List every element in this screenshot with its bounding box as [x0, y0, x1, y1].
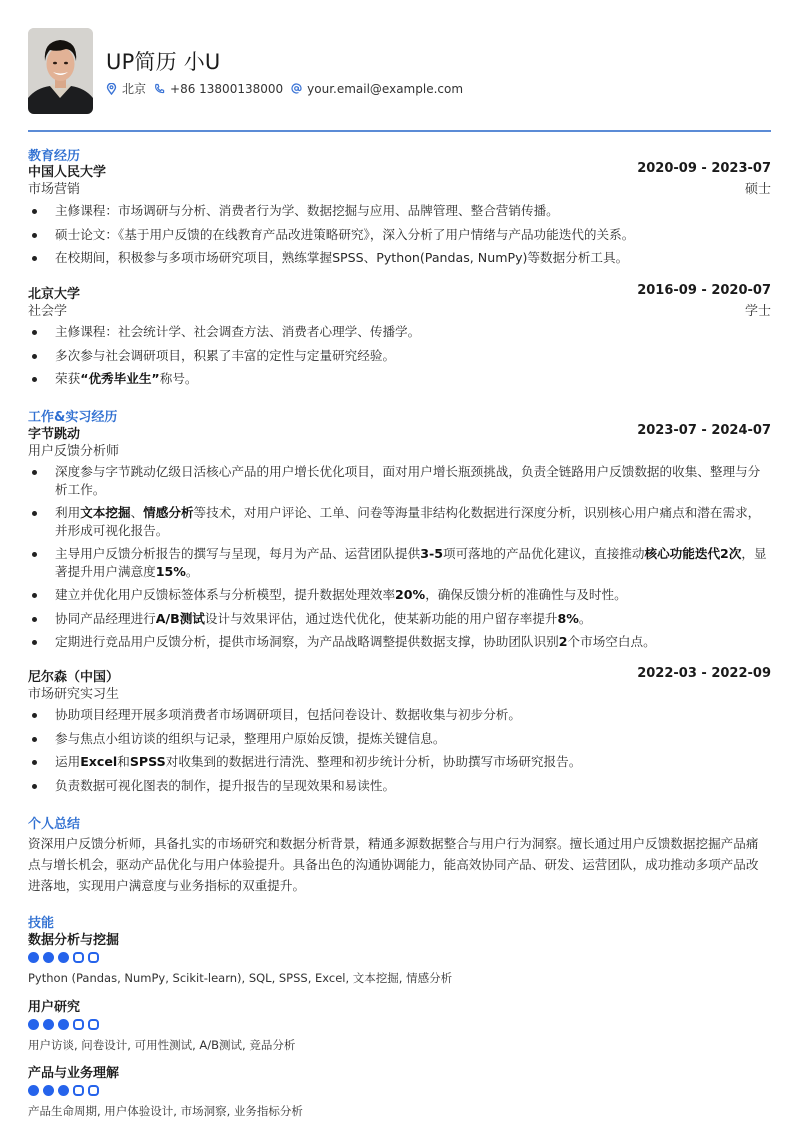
text-run: ，确保反馈分析的准确性与及时性。	[425, 587, 627, 602]
text-run: 和	[117, 754, 130, 769]
highlight-text: 文本挖掘	[80, 505, 130, 520]
highlight-text: 15%	[156, 564, 186, 579]
text-run: 协助项目经理开展多项消费者市场调研项目，包括问卷设计、数据收集与初步分析。	[55, 707, 521, 722]
list-item: 建立并优化用户反馈标签体系与分析模型，提升数据处理效率20%，确保反馈分析的准确…	[28, 586, 771, 604]
text-run: 负责数据可视化图表的制作，提升报告的呈现效果和易读性。	[55, 778, 395, 793]
list-item: 利用文本挖掘、情感分析等技术，对用户评论、工单、问卷等海量非结构化数据进行深度分…	[28, 504, 771, 539]
filled-dot-icon	[58, 952, 69, 963]
filled-dot-icon	[43, 1019, 54, 1030]
contact-phone[interactable]: +86 13800138000	[154, 82, 283, 96]
at-sign-icon	[291, 83, 302, 94]
text-run: 协同产品经理进行	[55, 611, 156, 626]
highlight-text: Excel	[80, 754, 117, 769]
award-suffix: 称号。	[160, 371, 198, 386]
location-pin-icon	[106, 83, 117, 95]
skill-level-dots	[28, 1019, 103, 1030]
highlight-text: 8%	[558, 611, 579, 626]
skill-description: 用户访谈, 问卷设计, 可用性测试, A/B测试, 竞品分析	[28, 1037, 295, 1053]
skill-name: 数据分析与挖掘	[28, 929, 119, 948]
highlight-text: 情感分析	[143, 505, 193, 520]
work-bullets: 协助项目经理开展多项消费者市场调研项目，包括问卷设计、数据收集与初步分析。参与焦…	[28, 706, 771, 800]
skill-description: 产品生命周期, 用户体验设计, 市场洞察, 业务指标分析	[28, 1103, 303, 1119]
highlight-text: A/B测试	[156, 611, 205, 626]
list-item: 主导用户反馈分析报告的撰写与呈现，每月为产品、运营团队提供3-5项可落地的产品优…	[28, 545, 771, 580]
text-run: 项可落地的产品优化建议，直接推动	[443, 546, 645, 561]
summary-text: 资深用户反馈分析师，具备扎实的市场研究和数据分析背景，精通多源数据整合与用户行为…	[28, 833, 768, 896]
work-bullets: 深度参与字节跳动亿级日活核心产品的用户增长优化项目，面对用户增长瓶颈挑战，负责全…	[28, 463, 771, 657]
work-role: 市场研究实习生	[28, 683, 771, 701]
education-entry-sub: 社会学 学士	[28, 300, 771, 318]
filled-dot-icon	[28, 1019, 39, 1030]
skill-description: Python (Pandas, NumPy, Scikit-learn), SQ…	[28, 970, 452, 986]
list-item: 协助项目经理开展多项消费者市场调研项目，包括问卷设计、数据收集与初步分析。	[28, 706, 771, 724]
empty-dot-icon	[88, 1019, 99, 1030]
education-bullets: 主修课程：社会统计学、社会调查方法、消费者心理学、传播学。 多次参与社会调研项目…	[28, 323, 771, 394]
contact-email[interactable]: your.email@example.com	[291, 82, 463, 96]
empty-dot-icon	[73, 1085, 84, 1096]
skill-level-dots	[28, 1085, 103, 1096]
text-run: 。	[579, 611, 592, 626]
list-item: 深度参与字节跳动亿级日活核心产品的用户增长优化项目，面对用户增长瓶颈挑战，负责全…	[28, 463, 771, 498]
text-run: 对收集到的数据进行清洗、整理和初步统计分析，协助撰写市场研究报告。	[166, 754, 582, 769]
list-item: 运用Excel和SPSS对收集到的数据进行清洗、整理和初步统计分析，协助撰写市场…	[28, 753, 771, 771]
education-period: 2020-09 - 2023-07	[637, 161, 771, 176]
empty-dot-icon	[73, 1019, 84, 1030]
work-period: 2022-03 - 2022-09	[637, 666, 771, 681]
contact-info: 北京 +86 13800138000 your.email@example.co…	[106, 80, 471, 97]
text-run: 个市场空白点。	[568, 634, 656, 649]
text-run: 主导用户反馈分析报告的撰写与呈现，每月为产品、运营团队提供	[55, 546, 420, 561]
text-run: 运用	[55, 754, 80, 769]
list-item: 荣获“优秀毕业生”称号。	[28, 370, 771, 388]
work-period: 2023-07 - 2024-07	[637, 423, 771, 438]
candidate-name: UP简历 小U	[106, 46, 220, 76]
award-prefix: 荣获	[55, 371, 80, 386]
text-run: 深度参与字节跳动亿级日活核心产品的用户增长优化项目，面对用户增长瓶颈挑战，负责全…	[55, 464, 760, 497]
filled-dot-icon	[43, 952, 54, 963]
highlight-text: 20%	[395, 587, 425, 602]
education-entry-header: 中国人民大学 2020-09 - 2023-07	[28, 161, 771, 179]
empty-dot-icon	[88, 1085, 99, 1096]
work-entry-header: 尼尔森（中国） 2022-03 - 2022-09	[28, 666, 771, 684]
text-run: 参与焦点小组访谈的组织与记录，整理用户原始反馈，提炼关键信息。	[55, 731, 445, 746]
text-run: 。	[186, 564, 199, 579]
list-item: 负责数据可视化图表的制作，提升报告的呈现效果和易读性。	[28, 777, 771, 795]
list-item: 主修课程：市场调研与分析、消费者行为学、数据挖掘与应用、品牌管理、整合营销传播。	[28, 202, 771, 220]
degree: 硕士	[745, 178, 771, 197]
list-item: 主修课程：社会统计学、社会调查方法、消费者心理学、传播学。	[28, 323, 771, 341]
education-period: 2016-09 - 2020-07	[637, 283, 771, 298]
highlight-text: SPSS	[130, 754, 166, 769]
education-entry-header: 北京大学 2016-09 - 2020-07	[28, 283, 771, 301]
highlight-text: 核心功能迭代2次	[644, 546, 741, 561]
profile-photo	[28, 28, 93, 114]
highlight-text: 2	[559, 634, 568, 649]
degree: 学士	[745, 300, 771, 319]
text-run: 利用	[55, 505, 80, 520]
contact-location: 北京	[106, 80, 146, 97]
text-run: 设计与效果评估，通过迭代优化，使某新功能的用户留存率提升	[205, 611, 558, 626]
skill-name: 用户研究	[28, 996, 80, 1015]
resume-header: UP简历 小U 北京 +86 13800138000	[28, 28, 771, 114]
work-entry-header: 字节跳动 2023-07 - 2024-07	[28, 423, 771, 441]
filled-dot-icon	[28, 1085, 39, 1096]
work-role: 用户反馈分析师	[28, 440, 771, 458]
location-text: 北京	[122, 80, 146, 97]
education-bullets: 主修课程：市场调研与分析、消费者行为学、数据挖掘与应用、品牌管理、整合营销传播。…	[28, 202, 771, 273]
phone-icon	[154, 83, 165, 94]
text-run: 、	[131, 505, 144, 520]
filled-dot-icon	[28, 952, 39, 963]
skill-level-dots	[28, 952, 103, 963]
header-divider	[28, 130, 771, 132]
filled-dot-icon	[58, 1085, 69, 1096]
award-name: “优秀毕业生”	[80, 371, 160, 386]
filled-dot-icon	[43, 1085, 54, 1096]
list-item: 硕士论文：《基于用户反馈的在线教育产品改进策略研究》，深入分析了用户情绪与产品功…	[28, 226, 771, 244]
list-item: 参与焦点小组访谈的组织与记录，整理用户原始反馈，提炼关键信息。	[28, 730, 771, 748]
phone-text: +86 13800138000	[170, 82, 283, 96]
education-entry-sub: 市场营销 硕士	[28, 178, 771, 196]
text-run: 建立并优化用户反馈标签体系与分析模型，提升数据处理效率	[55, 587, 395, 602]
list-item: 在校期间，积极参与多项市场研究项目，熟练掌握SPSS、Python(Pandas…	[28, 249, 771, 267]
list-item: 多次参与社会调研项目，积累了丰富的定性与定量研究经验。	[28, 347, 771, 365]
list-item: 协同产品经理进行A/B测试设计与效果评估，通过迭代优化，使某新功能的用户留存率提…	[28, 610, 771, 628]
list-item: 定期进行竞品用户反馈分析，提供市场洞察，为产品战略调整提供数据支撑，协助团队识别…	[28, 633, 771, 651]
major: 社会学	[28, 304, 67, 319]
filled-dot-icon	[58, 1019, 69, 1030]
empty-dot-icon	[73, 952, 84, 963]
skill-name: 产品与业务理解	[28, 1062, 119, 1081]
empty-dot-icon	[88, 952, 99, 963]
section-title-summary: 个人总结	[28, 813, 80, 832]
text-run: 定期进行竞品用户反馈分析，提供市场洞察，为产品战略调整提供数据支撑，协助团队识别	[55, 634, 559, 649]
highlight-text: 3-5	[420, 546, 443, 561]
major: 市场营销	[28, 182, 80, 197]
email-text: your.email@example.com	[307, 82, 463, 96]
